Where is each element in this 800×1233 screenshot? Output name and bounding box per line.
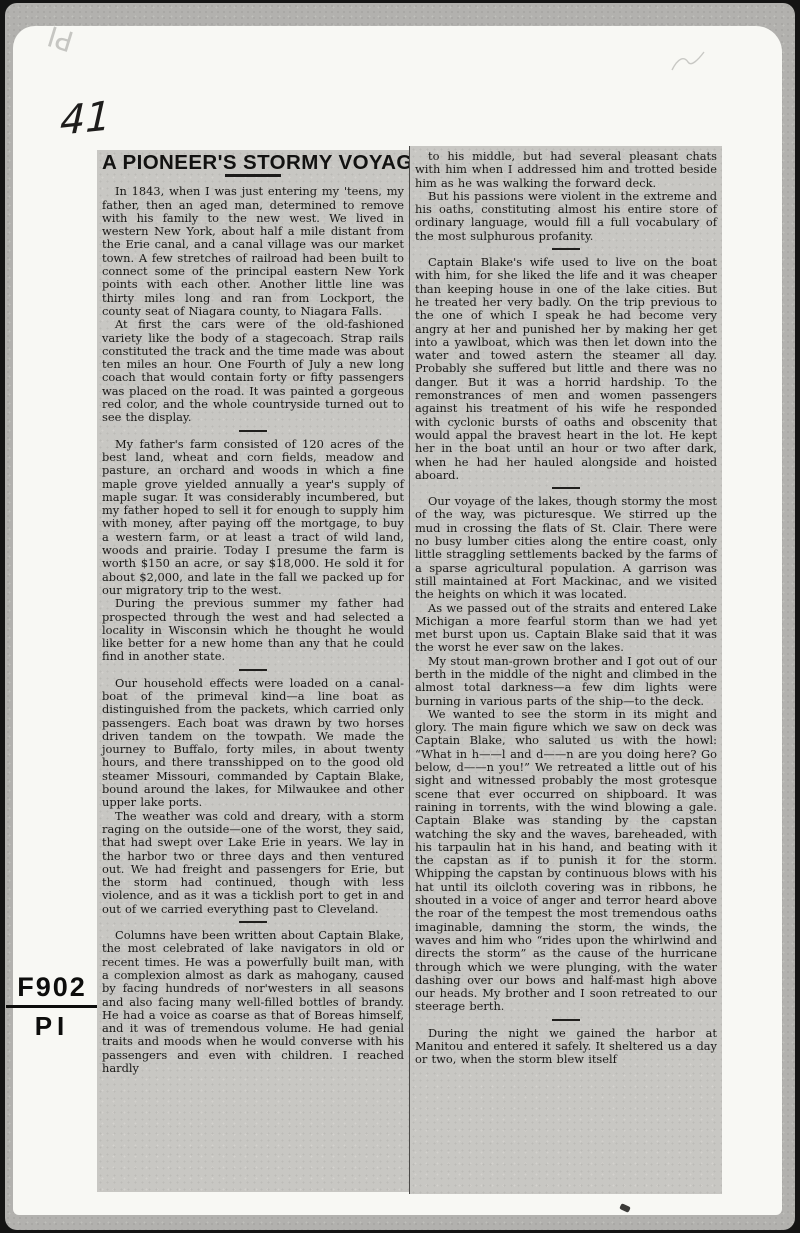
article-paragraph: In 1843, when I was just entering my 'te… bbox=[102, 185, 404, 318]
section-divider bbox=[239, 669, 267, 671]
call-number-top: F902 bbox=[6, 972, 98, 1008]
section-divider bbox=[239, 430, 267, 432]
article-paragraph: The weather was cold and dreary, with a … bbox=[102, 810, 404, 916]
section-divider bbox=[552, 248, 580, 250]
pencil-squiggle-icon bbox=[668, 48, 708, 78]
article-paragraph: But his passions were violent in the ext… bbox=[415, 190, 717, 243]
article-paragraph: As we passed out of the straits and ente… bbox=[415, 602, 717, 655]
title-rule bbox=[225, 174, 281, 177]
article-title: A PIONEER'S STORMY VOYAGE bbox=[102, 156, 404, 169]
article-paragraph: Captain Blake's wife used to live on the… bbox=[415, 256, 717, 482]
article-paragraph: Columns have been written about Captain … bbox=[102, 929, 404, 1075]
article-paragraph: Our household effects were loaded on a c… bbox=[102, 677, 404, 810]
article-paragraph: During the night we gained the harbor at… bbox=[415, 1027, 717, 1067]
section-divider bbox=[239, 921, 267, 923]
section-divider bbox=[552, 1019, 580, 1021]
article-paragraph: We wanted to see the storm in its might … bbox=[415, 708, 717, 1014]
call-number-stamp: F902 PI bbox=[6, 972, 98, 1042]
article-paragraph: My father's farm consisted of 120 acres … bbox=[102, 438, 404, 598]
article-column-2: to his middle, but had several pleasant … bbox=[409, 146, 722, 1194]
article-paragraph: to his middle, but had several pleasant … bbox=[415, 150, 717, 190]
article-column-1: A PIONEER'S STORMY VOYAGE In 1843, when … bbox=[97, 150, 409, 1192]
handwritten-page-number: 41 bbox=[59, 93, 111, 145]
article-paragraph: Our voyage of the lakes, though stormy t… bbox=[415, 495, 717, 601]
section-divider bbox=[552, 487, 580, 489]
article-paragraph: During the previous summer my father had… bbox=[102, 597, 404, 663]
article-paragraph: At first the cars were of the old-fashio… bbox=[102, 318, 404, 424]
call-number-bottom: PI bbox=[6, 1008, 98, 1042]
article-paragraph: My stout man-grown brother and I got out… bbox=[415, 655, 717, 708]
